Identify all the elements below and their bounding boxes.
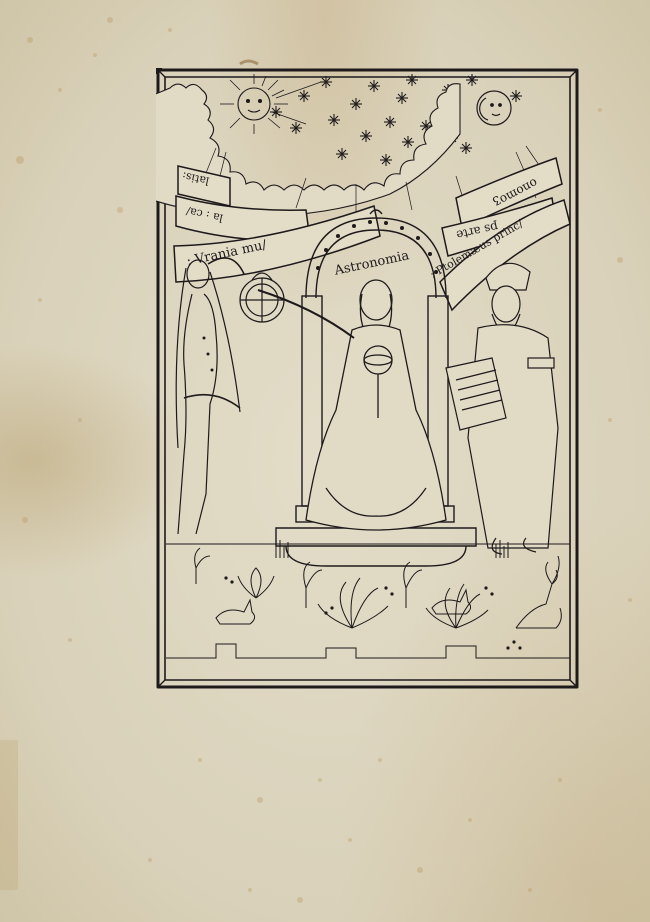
sun-face-icon xyxy=(220,74,321,134)
moon-face-icon xyxy=(477,91,511,125)
flower-dots xyxy=(224,576,521,649)
astrolabe-icon xyxy=(240,273,284,322)
woodcut-line-art xyxy=(156,68,580,690)
plant-icons xyxy=(195,540,508,628)
urania-figure xyxy=(176,258,244,534)
garden-ground xyxy=(166,540,570,658)
astronomia-figure xyxy=(258,280,446,530)
scanned-page: latis: la : ca/ : Vrania mu/ onomoʒ ps a… xyxy=(0,0,650,922)
stag-icon xyxy=(516,556,561,628)
woodcut-illustration: latis: la : ca/ : Vrania mu/ onomoʒ ps a… xyxy=(156,68,580,690)
ptolemy-figure xyxy=(446,263,558,554)
